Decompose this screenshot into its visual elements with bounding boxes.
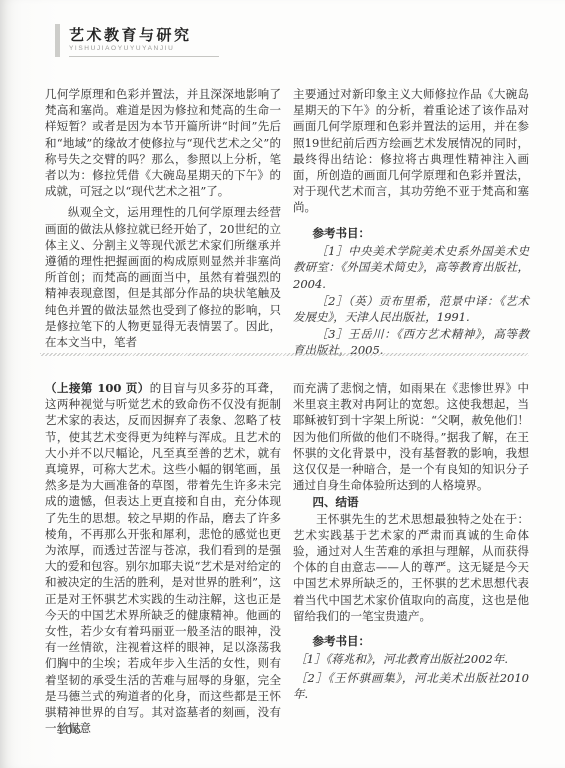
wang-right-column: 而充满了悲悯之情，如雨果在《悲惨世界》中米里哀主教对冉阿让的宽恕。这使我想起，当… bbox=[293, 380, 529, 736]
seurat-paragraph-3: 主要通过对新印象主义大师修拉作品《大碗岛星期天的下午》的分析，着重论述了该作品对… bbox=[293, 86, 529, 216]
seurat-paragraph-1: 几何学原理和色彩并置法，并且深深地影响了梵高和塞尚。难道是因为修拉和梵高的生命一… bbox=[45, 86, 281, 199]
journal-title: 艺术教育与研究 bbox=[69, 26, 209, 44]
article-wang-section: （上接第 100 页）的目盲与贝多芬的耳聋，这两种视觉与听觉艺术的致命伤不仅没有… bbox=[45, 380, 529, 736]
seurat-reference-2: ［2］（英）贡布里希，范景中译：《艺术发展史》，天津人民出版社，1991. bbox=[293, 293, 529, 326]
wang-references-heading: 参考书目： bbox=[293, 633, 529, 649]
wang-left-column: （上接第 100 页）的目盲与贝多芬的耳聋，这两种视觉与听觉艺术的致命伤不仅没有… bbox=[45, 380, 281, 736]
page-number: 106 bbox=[57, 723, 81, 737]
wang-conclusion-paragraph: 王怀骐先生的艺术思想最独特之处在于：艺术实践基于艺术家的严肃而真诚的生命体验，通… bbox=[293, 511, 529, 624]
seurat-paragraph-2: 纵观全文，运用理性的几何学原理去经营画面的做法从修拉就已经开始了，20世纪的立体… bbox=[45, 204, 281, 350]
seurat-reference-1: ［1］中央美术学院美术史系外国美术史教研室：《外国美术简史》，高等教育出版社，2… bbox=[293, 243, 529, 293]
wang-reference-2: ［2］《王怀骐画集》，河北美术出版社2010年. bbox=[293, 670, 529, 703]
wang-continued-paragraph: （上接第 100 页）的目盲与贝多芬的耳聋，这两种视觉与听觉艺术的致命伤不仅没有… bbox=[45, 380, 281, 736]
article-seurat-section: 几何学原理和色彩并置法，并且深深地影响了梵高和塞尚。难道是因为修拉和梵高的生命一… bbox=[45, 86, 529, 359]
wang-reference-1: ［1］《蒋兆和》，河北教育出版社2002年. bbox=[293, 651, 529, 668]
seurat-left-column: 几何学原理和色彩并置法，并且深深地影响了梵高和塞尚。难道是因为修拉和梵高的生命一… bbox=[45, 86, 281, 359]
seurat-references-heading: 参考书目： bbox=[293, 225, 529, 241]
wang-left-column-text: 的目盲与贝多芬的耳聋，这两种视觉与听觉艺术的致命伤不仅没有扼制艺术家的表达，反而… bbox=[45, 381, 281, 735]
journal-header: 艺术教育与研究 YISHUJIAOYUYUYANJIU bbox=[55, 24, 219, 57]
page-footer: 106 bbox=[57, 719, 81, 738]
section-divider bbox=[40, 353, 529, 356]
seurat-right-column: 主要通过对新印象主义大师修拉作品《大碗岛星期天的下午》的分析，着重论述了该作品对… bbox=[293, 86, 529, 359]
continuation-note: （上接第 100 页） bbox=[45, 381, 150, 395]
header-text-block: 艺术教育与研究 YISHUJIAOYUYUYANJIU bbox=[69, 24, 219, 57]
wang-conclusion-heading: 四、结语 bbox=[293, 494, 529, 510]
journal-page: 艺术教育与研究 YISHUJIAOYUYUYANJIU 几何学原理和色彩并置法，… bbox=[0, 0, 565, 768]
header-accent-bar bbox=[55, 24, 60, 57]
wang-paragraph-2: 而充满了悲悯之情，如雨果在《悲惨世界》中米里哀主教对冉阿让的宽恕。这使我想起，当… bbox=[293, 380, 529, 493]
journal-title-pinyin: YISHUJIAOYUYUYANJIU bbox=[69, 44, 209, 53]
